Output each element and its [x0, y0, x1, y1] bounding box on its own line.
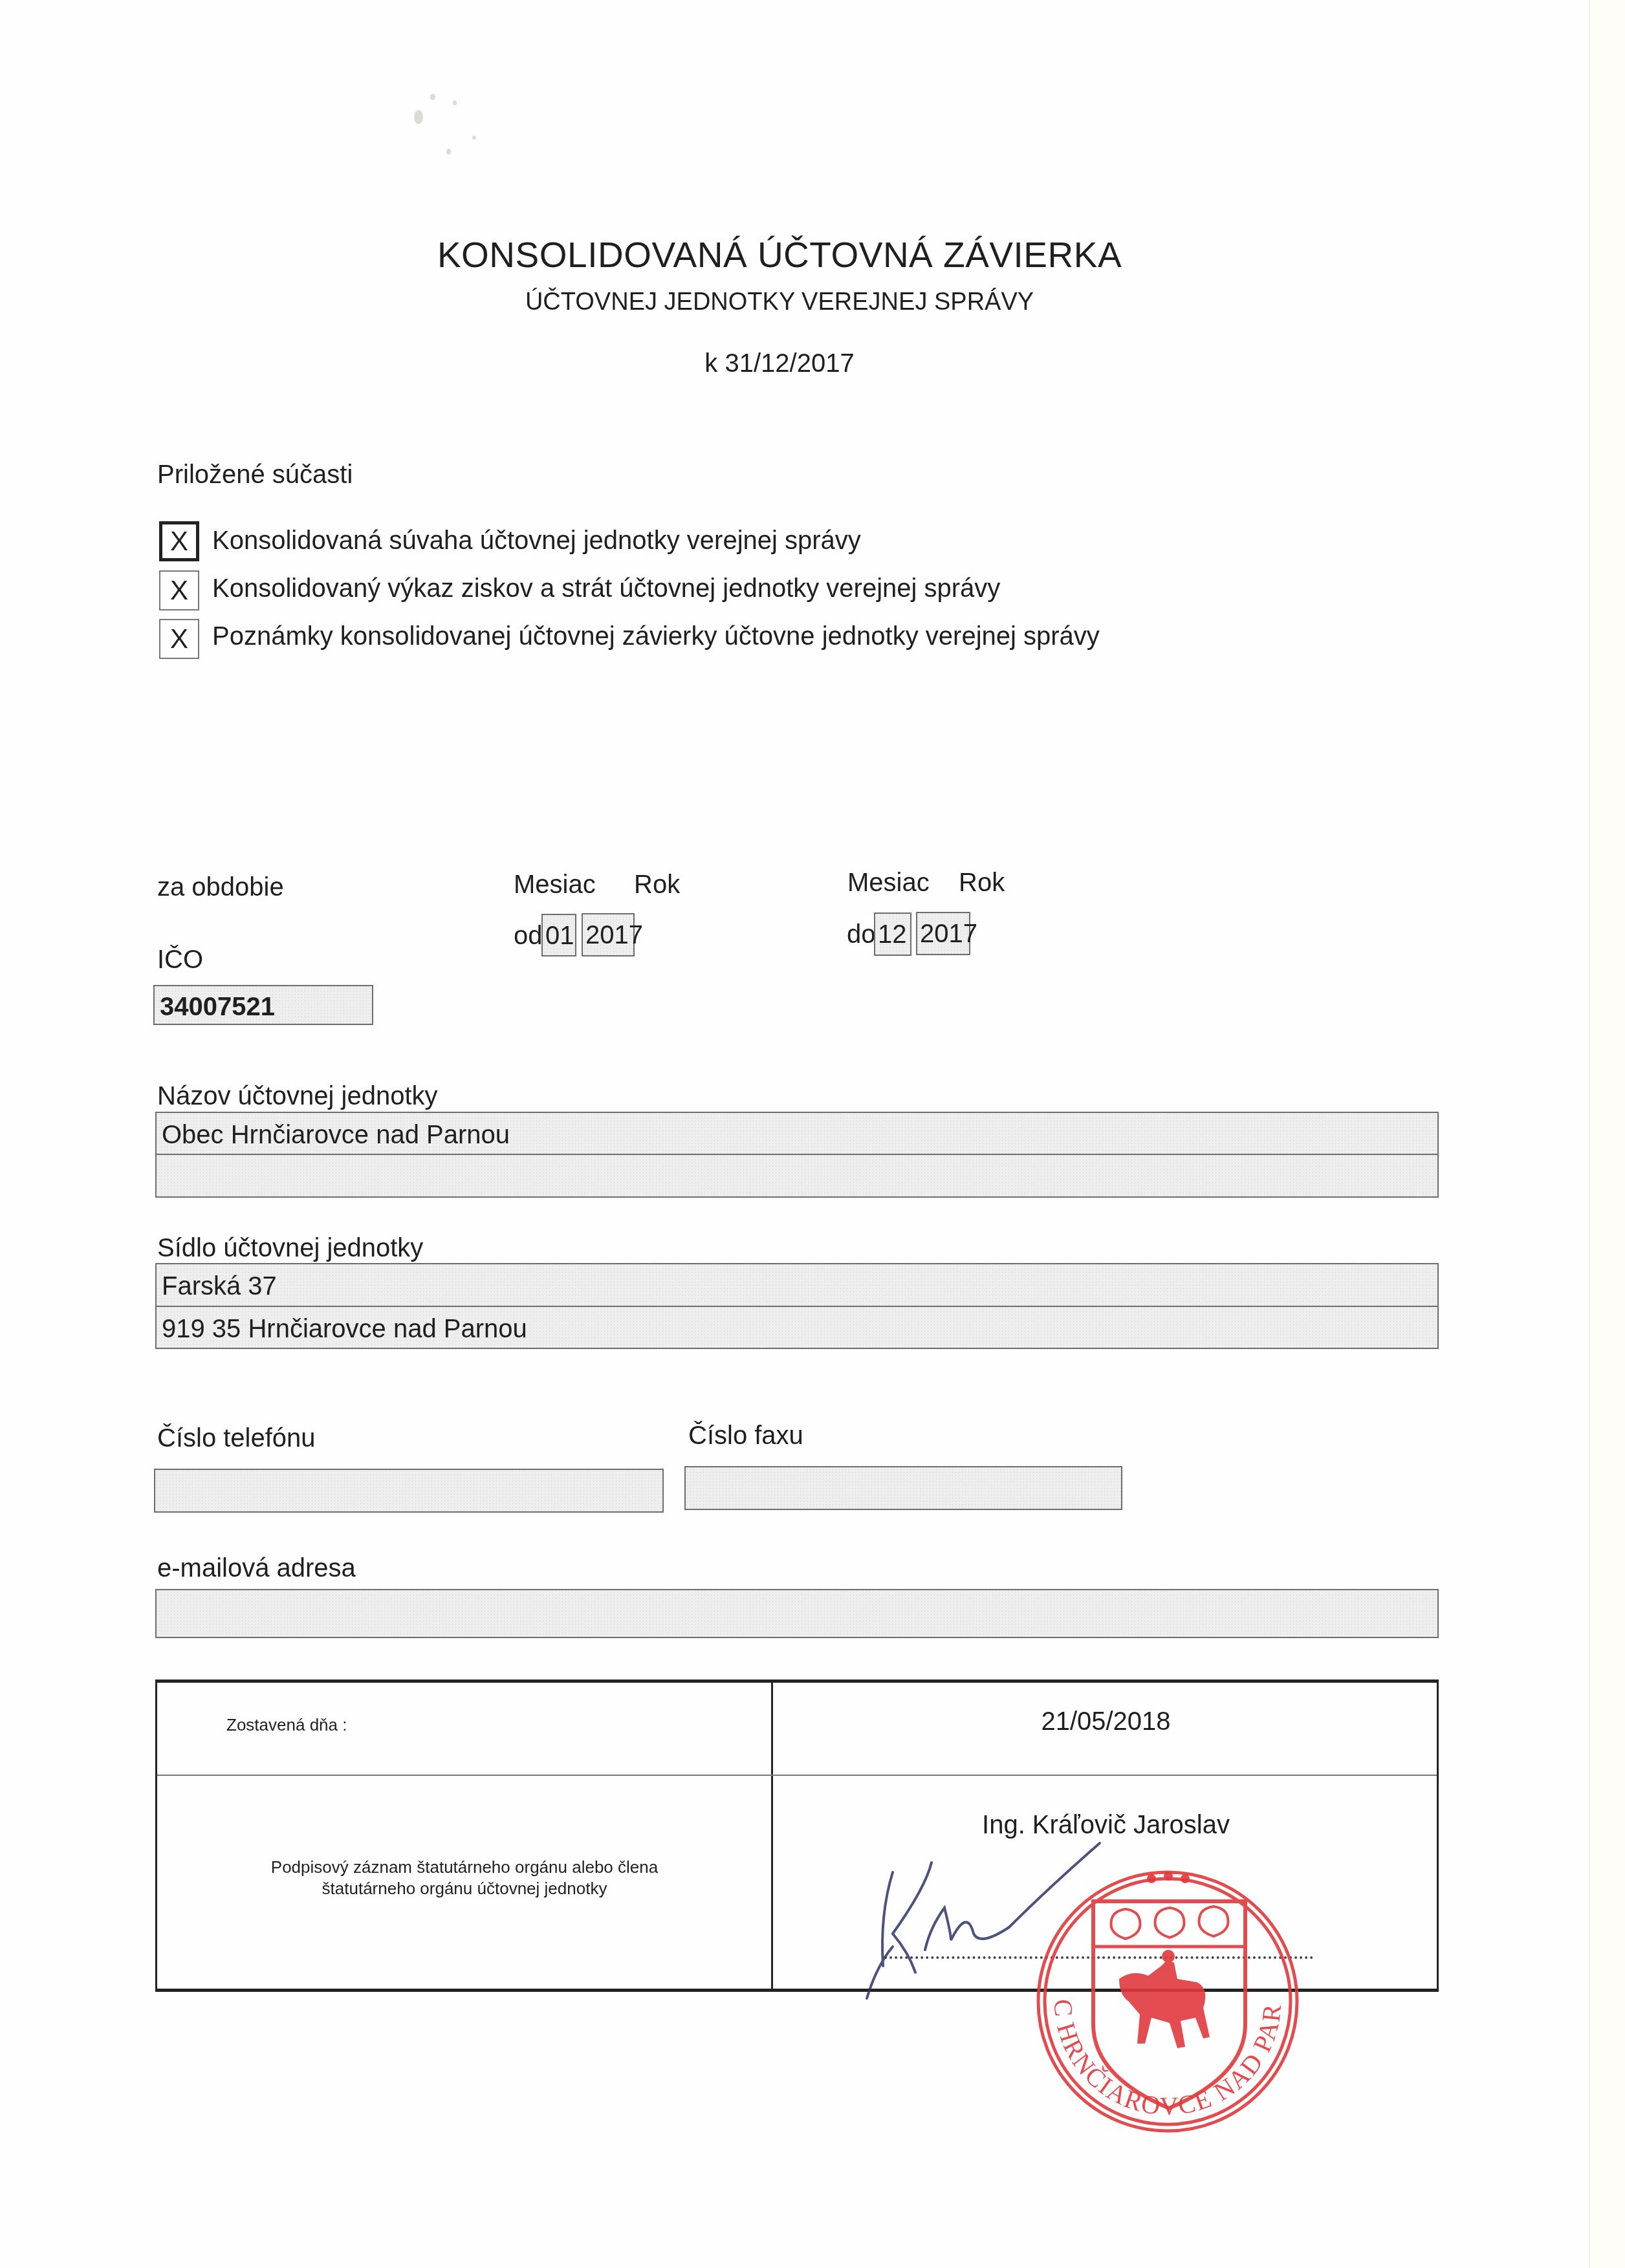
- page-edge: [1589, 0, 1625, 2268]
- to-prefix: do: [847, 920, 876, 949]
- ico-label: IČO: [157, 945, 203, 975]
- entity-name-line1-field[interactable]: Obec Hrnčiarovce nad Parnou: [155, 1112, 1439, 1155]
- from-prefix: od: [514, 922, 543, 951]
- checkbox-balance-sheet[interactable]: X: [159, 521, 199, 561]
- attachments-heading: Priložené súčasti: [157, 460, 353, 490]
- compiled-date-label: Zostavená dňa :: [226, 1715, 347, 1735]
- signature-label-line1: Podpisový záznam štatutárneho orgánu ale…: [157, 1857, 772, 1877]
- fax-label: Číslo faxu: [688, 1421, 803, 1451]
- entity-name-label: Názov účtovnej jednotky: [157, 1082, 438, 1111]
- compiled-date-value: 21/05/2018: [773, 1707, 1439, 1736]
- table-divider-horizontal: [157, 1775, 1437, 1776]
- attachment-label-notes: Poznámky konsolidovanej účtovnej závierk…: [212, 622, 1100, 651]
- from-year-field[interactable]: 2017: [582, 913, 635, 956]
- fax-field[interactable]: [684, 1466, 1122, 1510]
- handwritten-signature-icon: [854, 1837, 1126, 2005]
- signatory-name: Ing. Kráľovič Jaroslav: [773, 1811, 1439, 1840]
- as-of-date: k 31/12/2017: [0, 349, 1559, 378]
- phone-label: Číslo telefónu: [157, 1424, 316, 1453]
- seat-label: Sídlo účtovnej jednotky: [157, 1234, 423, 1263]
- from-month-field[interactable]: 01: [541, 914, 576, 956]
- attachment-label-income-statement: Konsolidovaný výkaz ziskov a strát účtov…: [212, 574, 1000, 603]
- to-year-header: Rok: [959, 869, 1005, 898]
- checkbox-notes[interactable]: X: [159, 619, 199, 659]
- from-year-header: Rok: [634, 870, 680, 900]
- to-month-field[interactable]: 12: [874, 913, 911, 956]
- document-subtitle: ÚČTOVNEJ JEDNOTKY VEREJNEJ SPRÁVY: [0, 288, 1559, 316]
- from-month-header: Mesiac: [514, 870, 596, 900]
- ico-field[interactable]: 34007521: [153, 985, 373, 1025]
- seat-line1-field[interactable]: Farská 37: [155, 1263, 1439, 1307]
- attachment-label-balance-sheet: Konsolidovaná súvaha účtovnej jednotky v…: [212, 526, 861, 556]
- checkbox-income-statement[interactable]: X: [159, 570, 199, 610]
- signature-label-line2: štatutárneho orgánu účtovnej jednotky: [157, 1879, 772, 1899]
- document-title: KONSOLIDOVANÁ ÚČTOVNÁ ZÁVIERKA: [0, 234, 1559, 275]
- period-label: za obdobie: [157, 873, 284, 902]
- to-year-field[interactable]: 2017: [916, 912, 970, 955]
- email-label: e-mailová adresa: [157, 1554, 356, 1583]
- seat-line2-field[interactable]: 919 35 Hrnčiarovce nad Parnou: [155, 1306, 1439, 1349]
- email-field[interactable]: [155, 1589, 1439, 1638]
- to-month-header: Mesiac: [847, 869, 930, 898]
- entity-name-line2-field[interactable]: [155, 1154, 1439, 1198]
- phone-field[interactable]: [154, 1469, 664, 1513]
